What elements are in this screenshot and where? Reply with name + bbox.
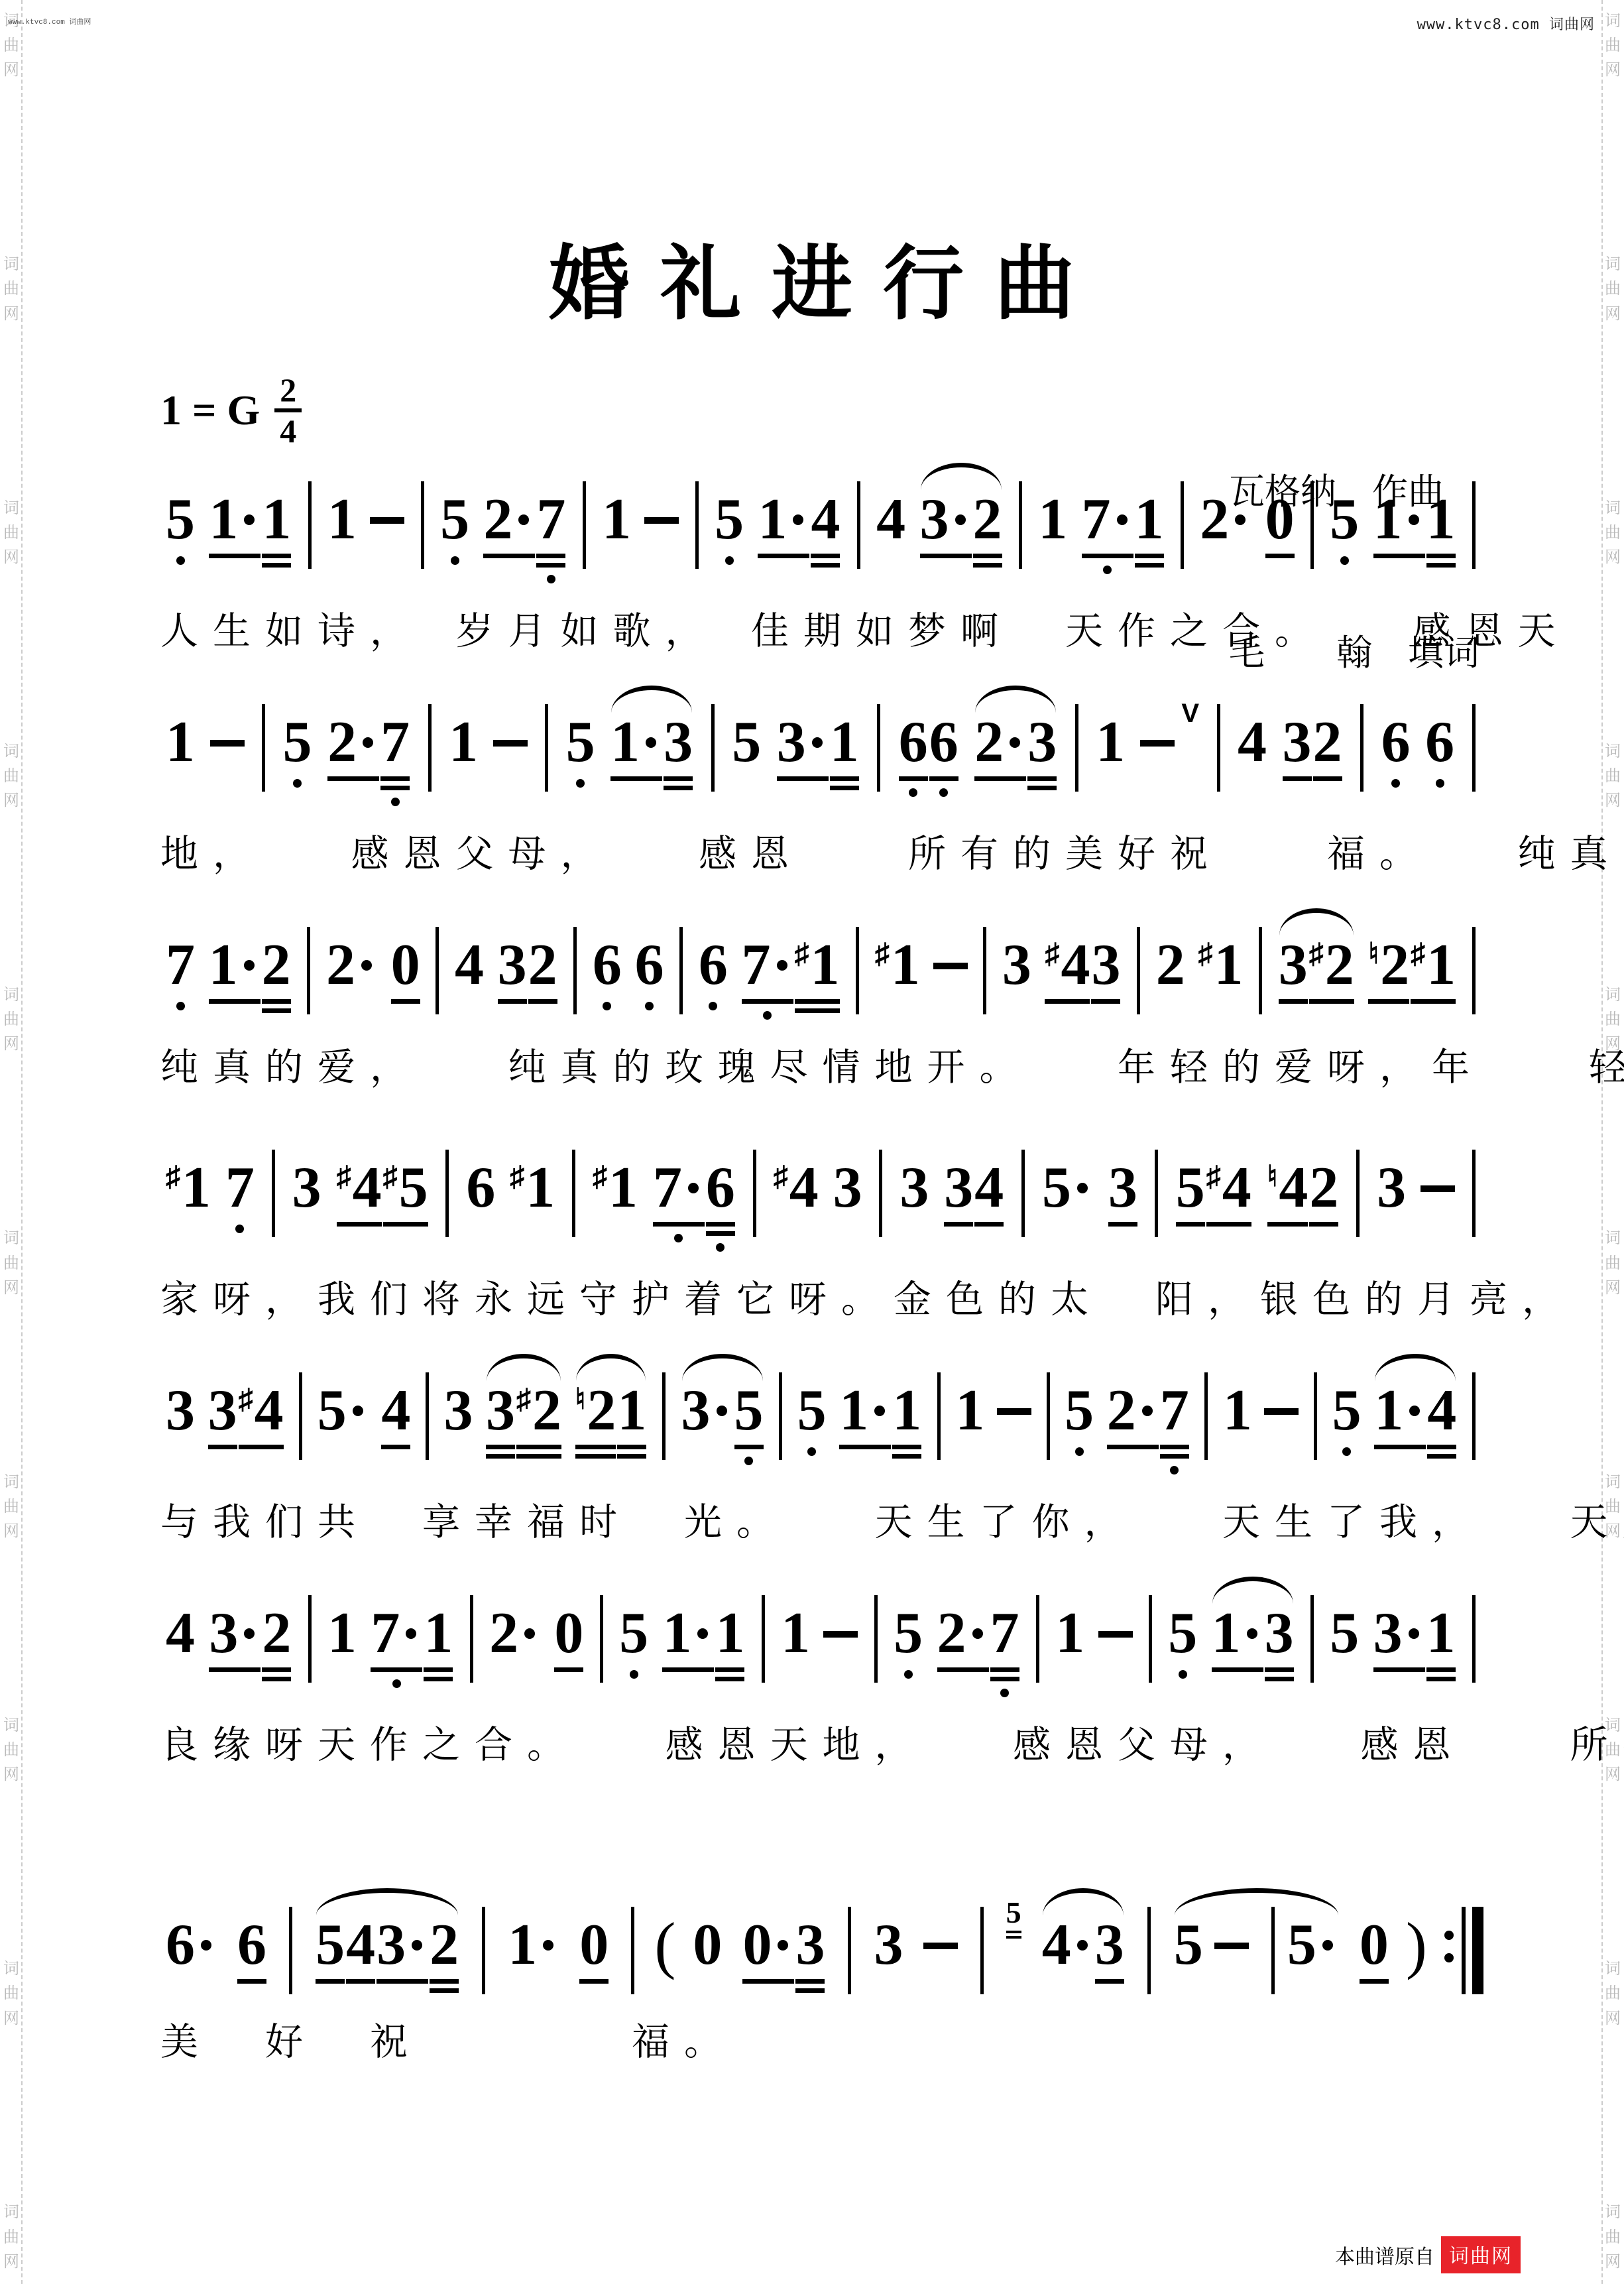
note-glyph-row: 1: [1038, 491, 1067, 549]
note-digit: 7: [742, 936, 771, 994]
duration-underline: [346, 1979, 375, 1984]
duration-underline: [1411, 999, 1456, 1004]
note-digit: 1: [209, 491, 238, 549]
dash-continuation: [644, 491, 679, 549]
dash-glyph: [933, 963, 968, 969]
note-group: 71: [1081, 491, 1165, 574]
duration-underline: [579, 1979, 609, 1984]
duration-underline: [920, 554, 972, 558]
duration-underline: [706, 1231, 735, 1236]
note-glyph-row: 4: [166, 1604, 195, 1663]
note-glyph-row: 5: [318, 1382, 369, 1440]
note-digit: 2: [1156, 936, 1185, 994]
duration-underline: [262, 563, 291, 568]
note: ♮2: [575, 1382, 616, 1459]
note-digit: 1: [1096, 713, 1125, 772]
note-glyph-row: 3: [920, 491, 972, 549]
barline: [470, 1595, 473, 1683]
note: 7: [225, 1159, 255, 1233]
note: 6: [635, 936, 664, 1010]
note: 2: [1200, 491, 1251, 549]
duration-underline: [974, 1222, 1004, 1227]
note-digit: 4: [381, 1382, 410, 1440]
note: 1: [166, 713, 195, 772]
barline: [583, 481, 586, 569]
accidental-sharp: ♯: [1206, 1162, 1221, 1191]
note-glyph-row: 3: [899, 1159, 929, 1217]
note-digit: 1: [891, 936, 920, 994]
note-group: ♮2♯1: [1367, 936, 1456, 1004]
note: 5: [318, 1382, 369, 1440]
duration-underline: [1265, 1667, 1294, 1672]
accidental-natural: ♮: [1368, 939, 1379, 969]
note: 3: [1377, 1159, 1406, 1217]
note-glyph-row: 1: [715, 1604, 744, 1663]
duration-underline: [516, 1454, 561, 1459]
note-digit: 3: [874, 1916, 903, 1974]
parenthesis: (: [654, 1916, 675, 1974]
note-glyph-row: 2: [327, 713, 379, 772]
note-digit: 4: [1238, 713, 1267, 772]
duration-underline: [944, 1222, 973, 1227]
duration-underline: [237, 1979, 266, 1984]
note: 5: [734, 1382, 764, 1465]
note: 1: [1426, 1604, 1456, 1681]
note: 3: [443, 1382, 473, 1440]
slur: [975, 686, 1056, 713]
duration-underline: [929, 776, 958, 781]
note-group: ♯43: [1044, 936, 1121, 1004]
low-octave-dot: [1391, 779, 1400, 788]
slur: [576, 1354, 646, 1381]
note-glyph-row: 2: [489, 1604, 541, 1663]
note-glyph-row: 5: [797, 1382, 827, 1440]
augmentation-dot: [361, 960, 372, 971]
note-glyph-row: 1: [1426, 491, 1456, 549]
duration-underline: [575, 1454, 616, 1459]
note-digit: 5: [1176, 1159, 1205, 1217]
duration-underline: [1309, 999, 1354, 1004]
duration-underline: [262, 1008, 291, 1013]
note-digit: 3: [777, 713, 806, 772]
note-digit: 3: [795, 1916, 825, 1974]
note-digit: 0: [1360, 1916, 1389, 1974]
duration-underline: [1373, 554, 1425, 558]
note-glyph-row: 2: [937, 1604, 989, 1663]
note-glyph-row: 4: [974, 1159, 1004, 1217]
note: 1: [955, 1382, 984, 1440]
duration-underline: [664, 786, 693, 790]
note-glyph-row: ♯2: [1309, 936, 1354, 994]
note-glyph-row: 3: [1265, 1604, 1294, 1663]
barline: [877, 704, 880, 792]
note-group: 55: [1173, 1916, 1340, 1994]
note-group: 35: [681, 1382, 764, 1465]
duration-underline: [209, 1667, 261, 1672]
duration-underline: [430, 1979, 459, 1984]
note-group: 3♯2: [1278, 936, 1355, 1004]
note-digit: 6: [929, 713, 958, 772]
duration-underline: [1313, 776, 1342, 781]
note-glyph-row: 3: [1279, 936, 1308, 994]
note: 2: [973, 491, 1002, 568]
low-octave-dot: [391, 798, 400, 806]
note: ♯2: [516, 1382, 561, 1459]
note-group: 34: [943, 1159, 1004, 1227]
note: 5: [715, 491, 744, 565]
accidental-sharp: ♯: [1309, 939, 1324, 969]
note: 5: [1174, 1916, 1203, 1974]
note-digit: 1: [526, 1159, 555, 1217]
barline: [1149, 1595, 1152, 1683]
note-glyph-row: 3: [1108, 1159, 1137, 1217]
dash-continuation: [1098, 1604, 1133, 1663]
note-glyph-row: 5: [1006, 1897, 1021, 1928]
barline: [662, 1372, 666, 1460]
note: 5: [1065, 1382, 1094, 1456]
notation-line: 712204326667♯1♯13♯432♯13♯2♮2♯1: [160, 936, 1483, 1020]
slur: [316, 1888, 458, 1915]
note-glyph-row: 1: [209, 936, 261, 994]
note: 3: [292, 1159, 321, 1217]
note: 1: [424, 1604, 453, 1681]
note: 3: [1095, 1916, 1124, 1984]
note: 1: [610, 713, 662, 781]
low-octave-dot: [1103, 566, 1112, 574]
duration-underline: [1006, 1931, 1021, 1933]
barline: [1472, 1372, 1476, 1460]
duration-underline: [973, 554, 1002, 558]
duration-underline: [811, 563, 840, 568]
note-digit: 1: [1426, 936, 1456, 994]
dash-continuation: [1421, 1159, 1455, 1217]
note: 4: [166, 1604, 195, 1663]
barline: [1310, 1595, 1314, 1683]
note-group: 43: [1041, 1916, 1125, 1984]
barline: [1019, 481, 1022, 569]
note-glyph-row: 0: [1360, 1916, 1389, 1974]
duration-underline: [1108, 1222, 1137, 1227]
note-glyph-row: 3: [209, 1604, 261, 1663]
note-digit: 3: [377, 1916, 406, 1974]
accidental-sharp: ♯: [516, 1385, 531, 1414]
right-watermark-column: 词曲网词曲网词曲网词曲网词曲网词曲网词曲网词曲网词曲网词曲网: [1603, 0, 1623, 2284]
note: 1: [892, 1382, 921, 1459]
notation-line: ♯173♯4♯56♯1♯176♯43334535♯4♮423: [160, 1159, 1483, 1252]
note-glyph-row: 7: [653, 1159, 705, 1217]
note-digit: 4: [1061, 936, 1090, 994]
note: ♯1: [593, 1159, 638, 1217]
note: 1: [758, 491, 809, 558]
note-digit: 3: [1091, 936, 1120, 994]
note: 3: [208, 1382, 237, 1449]
note: 1: [327, 1604, 357, 1663]
dash-glyph: [644, 517, 679, 524]
side-watermark-text: 词曲网: [1603, 983, 1623, 1057]
note-group: 11: [839, 1382, 922, 1459]
note: 7: [1082, 491, 1133, 574]
augmentation-dot: [778, 1940, 788, 1951]
duration-underline: [892, 1445, 921, 1449]
low-octave-dot: [1179, 1670, 1187, 1679]
low-octave-dot: [904, 1670, 913, 1679]
slur: [682, 1354, 763, 1381]
right-dashed-border: [1601, 0, 1603, 2284]
note: ♯1: [510, 1159, 555, 1217]
source-site-badge: 词曲网: [1441, 2236, 1521, 2273]
note: 2: [327, 713, 379, 781]
duration-underline: [486, 1454, 515, 1459]
note-digit: 3: [899, 1159, 929, 1217]
note-glyph-row: 6: [699, 936, 728, 994]
note: 2: [1107, 1382, 1159, 1449]
note: ♯1: [166, 1159, 211, 1217]
augmentation-dot: [777, 960, 787, 971]
note-group: 11: [208, 491, 292, 568]
slur: [1212, 1577, 1293, 1604]
note-digit: 5: [732, 713, 761, 772]
duration-underline: [1426, 554, 1456, 558]
side-watermark-text: 词曲网: [1603, 1957, 1623, 2031]
note-glyph-row: ♯4: [1206, 1159, 1251, 1217]
low-octave-dot: [725, 556, 734, 565]
dash-continuation: [1214, 1916, 1249, 1974]
note-glyph-row: 4: [455, 936, 484, 994]
note-digit: 5: [1006, 1897, 1021, 1928]
note-glyph-row: 1: [758, 491, 809, 549]
note: 6: [237, 1916, 266, 1984]
note-digit: 6: [706, 1159, 735, 1217]
duration-underline: [892, 1454, 921, 1459]
note-glyph-row: 1: [617, 1382, 646, 1440]
note-digit: 6: [635, 936, 664, 994]
lyrics-line: 良缘呀天作之合。 感恩天地， 感恩父母， 感恩 所有的: [160, 1714, 1483, 1769]
duration-underline: [1427, 1445, 1456, 1449]
note-glyph-row: 5: [1174, 1916, 1203, 1974]
duration-underline: [664, 776, 693, 781]
note: 3: [664, 713, 693, 790]
note-group: 32: [1282, 713, 1343, 781]
duration-underline: [383, 1222, 428, 1227]
note-group: 03: [742, 1916, 825, 1993]
note-digit: 1: [182, 1159, 211, 1217]
note: 3: [944, 1159, 973, 1227]
low-octave-dot: [603, 1002, 611, 1010]
note: 1: [1373, 491, 1425, 558]
note-glyph-row: 1: [209, 491, 261, 549]
repeat-dot: [1444, 1953, 1454, 1962]
lyrics-line: 人生如诗， 岁月如歌， 佳期如梦啊 天作之合。 感恩天: [160, 601, 1483, 655]
low-octave-dot: [1000, 1689, 1009, 1697]
note-glyph-row: ♯1: [593, 1159, 638, 1217]
augmentation-dot: [697, 1628, 708, 1639]
dash-glyph: [923, 1943, 958, 1949]
note-glyph-row: 5: [1065, 1382, 1094, 1440]
duration-underline: [208, 1445, 237, 1449]
note-glyph-row: 1: [839, 1382, 891, 1440]
barline: [445, 1150, 449, 1237]
note-glyph-row: 3: [1002, 936, 1031, 994]
note: 5: [166, 491, 195, 565]
note-digit: 3: [664, 713, 693, 772]
augmentation-dot: [543, 1940, 553, 1951]
notation-line: 1527151353166231V43266: [160, 713, 1483, 806]
note-digit: 2: [1380, 936, 1409, 994]
note-digit: 3: [1377, 1159, 1406, 1217]
note-digit: 3: [208, 1382, 237, 1440]
note-group: ♮42: [1267, 1159, 1340, 1227]
note-glyph-row: 6: [929, 713, 958, 772]
note-group: 7♯1: [741, 936, 841, 1020]
note-glyph-row: ♯4: [337, 1159, 382, 1217]
barline: [1356, 1150, 1360, 1237]
barline: [545, 704, 548, 792]
system-2: 1527151353166231V43266地， 感恩父母， 感恩 所有的美好祝…: [160, 713, 1483, 878]
note-digit: 1: [508, 1916, 537, 1974]
duration-underline: [380, 776, 410, 781]
note-group: 13: [610, 713, 693, 790]
augmentation-dot: [972, 1628, 983, 1639]
low-octave-dot: [1075, 1447, 1084, 1456]
low-octave-dot: [176, 556, 185, 565]
note-group: 23: [974, 713, 1057, 790]
system-7: 66543210(0033543550)美 好 祝 福。: [160, 1916, 1483, 2066]
note-digit: 2: [974, 713, 1004, 772]
system-3: 712204326667♯1♯13♯432♯13♯2♮2♯1纯真的爱， 纯真的玫…: [160, 936, 1483, 1091]
note: ♯4: [1206, 1159, 1251, 1227]
barline: [1472, 481, 1476, 569]
note-digit: 1: [166, 713, 195, 772]
note-glyph-row: 1: [955, 1382, 984, 1440]
barline: [1472, 704, 1476, 792]
note-digit: 2: [326, 936, 355, 994]
note-digit: 1: [1426, 491, 1456, 549]
duration-underline: [937, 1667, 989, 1672]
note-digit: 0: [1265, 491, 1295, 549]
note-glyph-row: 6: [635, 936, 664, 994]
note-glyph-row: ♯1: [510, 1159, 555, 1217]
note-group: 76: [652, 1159, 736, 1252]
note: 7: [371, 1604, 422, 1688]
duration-underline: [742, 999, 793, 1004]
note-glyph-row: 7: [742, 936, 793, 994]
note: 5: [732, 713, 761, 772]
duration-underline: [653, 1222, 705, 1227]
note: 0: [1265, 491, 1295, 558]
note: 2: [1156, 936, 1185, 994]
note-glyph-row: 5: [1042, 1159, 1094, 1217]
dash-glyph: [210, 740, 245, 747]
augmentation-dot: [1247, 1628, 1257, 1639]
note-glyph-row: 6: [1425, 713, 1454, 772]
barline: [1075, 704, 1078, 792]
note: 1: [262, 491, 291, 568]
side-watermark-text: 词曲网: [1, 983, 21, 1057]
accidental-sharp: ♯: [1045, 939, 1059, 969]
note-glyph-row: ♯4: [239, 1382, 284, 1440]
accidental-natural: ♮: [575, 1385, 586, 1414]
note: 4: [811, 491, 840, 568]
note: 4: [381, 1382, 410, 1449]
note-group: 32: [919, 491, 1003, 568]
note: 2: [528, 936, 557, 1004]
note-glyph-row: 5: [316, 1916, 345, 1974]
duration-underline: [1368, 999, 1409, 1004]
note-glyph-row: 1: [262, 491, 291, 549]
note-glyph-row: 2: [262, 1604, 291, 1663]
dash-glyph: [997, 1408, 1031, 1415]
top-left-watermark: www.ktvc8.com 词曲网: [8, 16, 91, 27]
note: 0: [742, 1916, 794, 1984]
low-octave-dot: [576, 779, 585, 788]
slur: [611, 686, 692, 713]
barline: [1217, 704, 1220, 792]
barline: [272, 1150, 275, 1237]
duration-underline: [662, 1667, 714, 1672]
duration-underline: [973, 563, 1002, 568]
note: 3: [874, 1916, 903, 1974]
note: 1: [715, 1604, 744, 1681]
low-octave-dot: [909, 788, 917, 797]
note: 3: [795, 1916, 825, 1993]
note-glyph-row: 5: [732, 713, 761, 772]
barline: [874, 1595, 878, 1683]
note-digit: 5: [1330, 491, 1359, 549]
note-digit: 7: [1160, 1382, 1189, 1440]
note-digit: 4: [455, 936, 484, 994]
note-digit: 4: [789, 1159, 819, 1217]
duration-underline: [777, 776, 829, 781]
note: ♮4: [1267, 1159, 1308, 1227]
barline: [1137, 927, 1140, 1014]
duration-underline: [1027, 776, 1057, 781]
note-digit: 6: [699, 936, 728, 994]
note-glyph-row: 6: [899, 713, 928, 772]
note-digit: 5: [1042, 1159, 1071, 1217]
note: ♯4: [239, 1382, 284, 1449]
note: 3: [1002, 936, 1031, 994]
note-glyph-row: 0: [742, 1916, 794, 1974]
note-digit: 7: [536, 491, 565, 549]
duration-underline: [1135, 563, 1164, 568]
note-glyph-row: 0: [391, 936, 420, 994]
duration-underline: [1279, 999, 1308, 1004]
note-digit: 3: [292, 1159, 321, 1217]
barline: [1047, 1372, 1050, 1460]
augmentation-dot: [1409, 514, 1419, 525]
side-watermark-text: 词曲网: [1603, 497, 1623, 571]
duration-underline: [1426, 563, 1456, 568]
duration-underline: [239, 1445, 284, 1449]
low-octave-dot: [763, 1011, 772, 1020]
note-digit: 4: [1222, 1159, 1251, 1217]
dash-glyph: [1264, 1408, 1299, 1415]
note-digit: 6: [166, 1916, 195, 1974]
note-digit: 2: [532, 1382, 561, 1440]
note-glyph-row: 0: [693, 1916, 722, 1974]
note: 4: [1427, 1382, 1456, 1459]
barline: [695, 481, 699, 569]
augmentation-dot: [244, 1628, 255, 1639]
accidental-sharp: ♯: [510, 1162, 524, 1191]
duration-underline: [1373, 1667, 1425, 1672]
barline: [573, 927, 577, 1014]
side-watermark-text: 词曲网: [1, 1227, 21, 1301]
note-digit: 2: [528, 936, 557, 994]
note-digit: 7: [380, 713, 410, 772]
note-group: 3♯4: [207, 1382, 284, 1449]
note: 4: [1238, 713, 1267, 772]
